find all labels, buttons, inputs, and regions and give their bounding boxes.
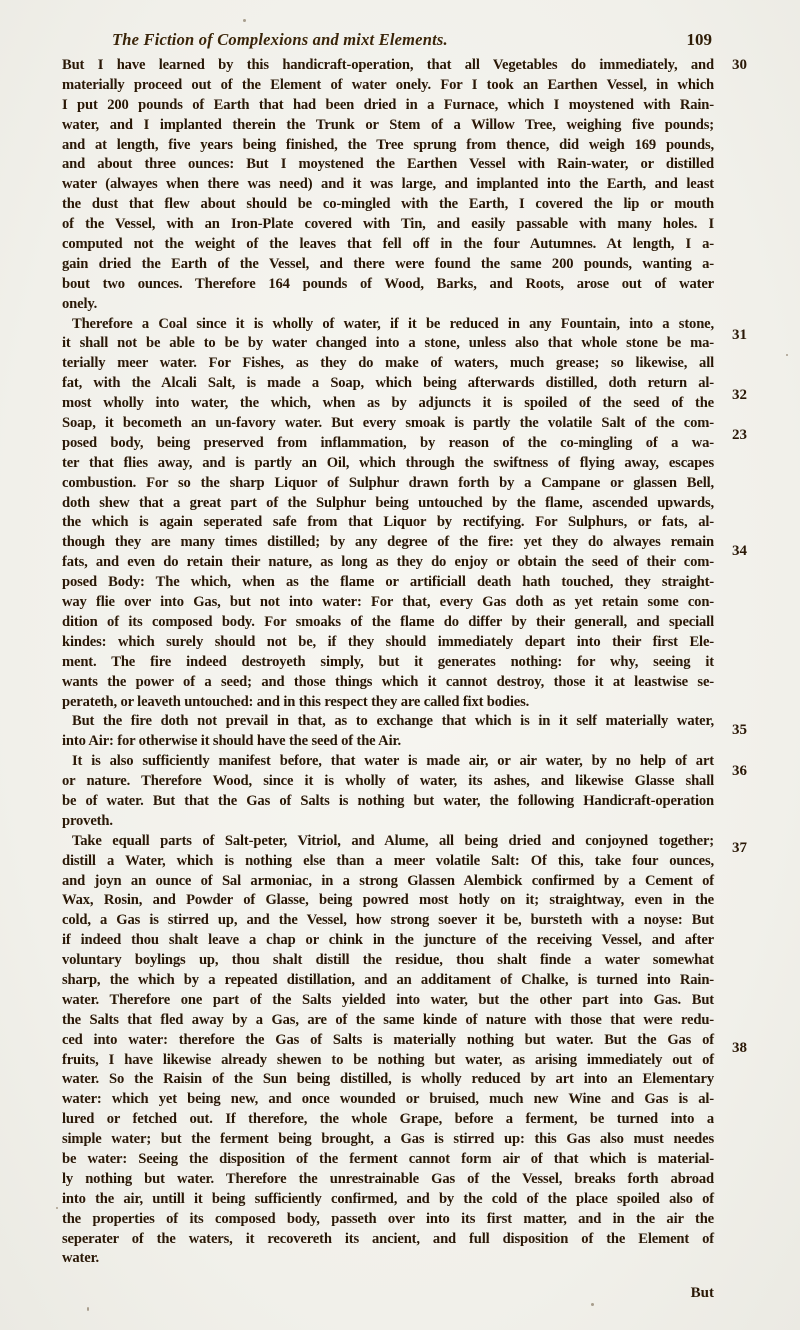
- text-line: the properties of its composed body, pas…: [62, 1210, 714, 1230]
- margin-number: 37: [732, 840, 747, 857]
- text-line: seperater of the waters, it recovereth i…: [62, 1230, 714, 1250]
- text-line: ment. The fire indeed destroyeth simply,…: [62, 653, 714, 673]
- text-line: terially meer water. For Fishes, as they…: [62, 354, 714, 374]
- text-line: Wax, Rosin, and Powder of Glasse, being …: [62, 891, 714, 911]
- running-head: The Fiction of Complexions and mixt Elem…: [112, 30, 712, 54]
- text-line: Soap, it becometh an un-favory water. Bu…: [62, 414, 714, 434]
- margin-number: 23: [732, 427, 747, 444]
- margin-number: 35: [732, 722, 747, 739]
- text-line: combustion. For so the sharp Liquor of S…: [62, 474, 714, 494]
- text-line: or nature. Therefore Wood, since it is w…: [62, 772, 714, 792]
- text-line: lured or fetched out. If therefore, the …: [62, 1110, 714, 1130]
- text-line: though they are many times distilled; by…: [62, 533, 714, 553]
- paper-speck: [786, 354, 788, 356]
- text-line: fruits, I have likewise already shewen t…: [62, 1051, 714, 1071]
- text-line: the which is again seperated safe from t…: [62, 513, 714, 533]
- text-line: computed not the weight of the leaves th…: [62, 235, 714, 255]
- text-line: water. Therefore one part of the Salts y…: [62, 991, 714, 1011]
- text-line: of the Vessel, with an Iron-Plate covere…: [62, 215, 714, 235]
- paper-speck: [243, 19, 246, 22]
- text-line: materially proceed out of the Element of…: [62, 76, 714, 96]
- text-line: into Air: for otherwise it should have t…: [62, 732, 714, 752]
- page-number: 109: [687, 30, 713, 50]
- text-line: fats, and even do retain their nature, a…: [62, 553, 714, 573]
- margin-number: 32: [732, 387, 747, 404]
- text-line: ced into water: therefore the Gas of Sal…: [62, 1031, 714, 1051]
- margin-number: 31: [732, 327, 747, 344]
- book-page: The Fiction of Complexions and mixt Elem…: [0, 0, 800, 1330]
- text-line: and joyn an ounce of Sal armoniac, in a …: [62, 872, 714, 892]
- text-line: water, and I implanted therein the Trunk…: [62, 116, 714, 136]
- text-line: it shall not be able to be by water chan…: [62, 334, 714, 354]
- text-line: the Salts that fled away by a Gas, are o…: [62, 1011, 714, 1031]
- text-line: and about three ounces: But I moystened …: [62, 155, 714, 175]
- text-line: gain dried the Earth of the Vessel, and …: [62, 255, 714, 275]
- text-line: and at length, five years being finished…: [62, 136, 714, 156]
- text-line: distill a Water, which is nothing else t…: [62, 852, 714, 872]
- text-line: wants the power of a seed; and those thi…: [62, 673, 714, 693]
- text-line: I put 200 pounds of Earth that had been …: [62, 96, 714, 116]
- text-line: be of water. But that the Gas of Salts i…: [62, 792, 714, 812]
- margin-number: 34: [732, 543, 747, 560]
- text-line: if indeed thou shalt leave a chap or chi…: [62, 931, 714, 951]
- running-title: The Fiction of Complexions and mixt Elem…: [112, 30, 448, 50]
- text-line: kindes: which surely should not be, if t…: [62, 633, 714, 653]
- body-text: But I have learned by this handicraft-op…: [62, 56, 714, 1269]
- catchword: But: [660, 1285, 714, 1302]
- margin-number: 36: [732, 763, 747, 780]
- text-line: into the air, untill it being sufficient…: [62, 1190, 714, 1210]
- text-line: doth shew that a great part of the Sulph…: [62, 494, 714, 514]
- text-line: bout two ounces. Therefore 164 pounds of…: [62, 275, 714, 295]
- paper-speck: [56, 1207, 58, 1209]
- text-line: simple water; but the ferment being brou…: [62, 1130, 714, 1150]
- text-line: fat, with the Alcali Salt, is made a Soa…: [62, 374, 714, 394]
- text-line: ter that flies away, and is partly an Oi…: [62, 454, 714, 474]
- text-line: most wholly into water, the which, when …: [62, 394, 714, 414]
- margin-number: 38: [732, 1040, 747, 1057]
- text-line: voluntary boylings up, thou shalt distil…: [62, 951, 714, 971]
- text-line: be water: Seeing the disposition of the …: [62, 1150, 714, 1170]
- text-line: dition of its composed body. For smoaks …: [62, 613, 714, 633]
- text-line: proveth.: [62, 812, 714, 832]
- text-line: water (alwayes when there was need) and …: [62, 175, 714, 195]
- paper-speck: [87, 1307, 89, 1311]
- text-line: water. So the Raisin of the Sun being di…: [62, 1070, 714, 1090]
- text-line: water.: [62, 1249, 714, 1269]
- text-line: the dust that flew about should be co-mi…: [62, 195, 714, 215]
- paper-speck: [591, 1303, 594, 1306]
- text-line: way flie over into Gas, but not into wat…: [62, 593, 714, 613]
- margin-number: 30: [732, 57, 747, 74]
- text-line: ly nothing but water. Therefore the unre…: [62, 1170, 714, 1190]
- text-line: posed Body: The which, when as the flame…: [62, 573, 714, 593]
- text-line: water: which yet being new, and once wou…: [62, 1090, 714, 1110]
- text-line: cold, a Gas is stirred up, and the Vesse…: [62, 911, 714, 931]
- paragraph-start: It is also sufficiently manifest before,…: [62, 752, 714, 772]
- text-line: onely.: [62, 295, 714, 315]
- text-line: posed body, being preserved from inflamm…: [62, 434, 714, 454]
- text-line: perateth, or leaveth untouched: and in t…: [62, 693, 714, 713]
- paragraph-start: But the fire doth not prevail in that, a…: [62, 712, 714, 732]
- paragraph-start: Take equall parts of Salt-peter, Vitriol…: [62, 832, 714, 852]
- paragraph-start: Therefore a Coal since it is wholly of w…: [62, 315, 714, 335]
- text-line: sharp, the which by a repeated distillat…: [62, 971, 714, 991]
- text-line: But I have learned by this handicraft-op…: [62, 56, 714, 76]
